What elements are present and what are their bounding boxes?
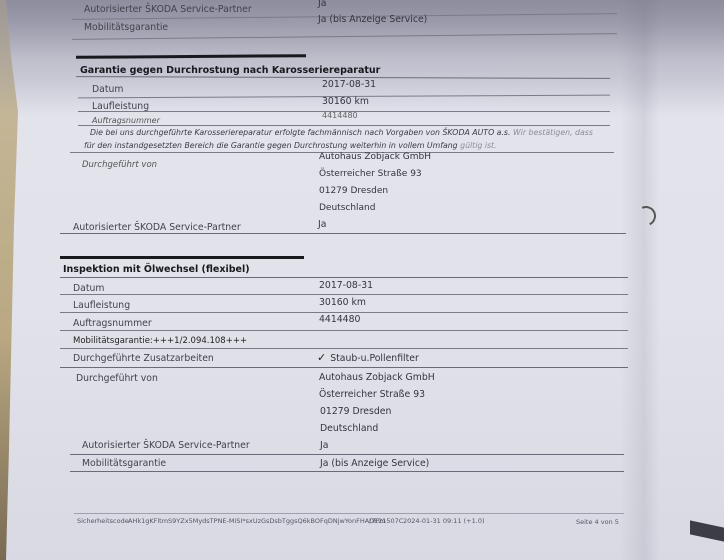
order-number-label: Auftragsnummer (73, 318, 152, 329)
divider (70, 454, 624, 455)
dealer-country: Deutschland (320, 423, 378, 434)
mobility-value: Ja (bis Anzeige Service) (320, 458, 429, 469)
mobility-label: Mobilitätsgarantie (82, 458, 166, 469)
note-text: für den instandgesetzten Bereich die Gar… (84, 141, 458, 150)
note-text-faded: gültig ist. (458, 141, 497, 150)
extra-work-label: Durchgeführte Zusatzarbeiten (73, 353, 214, 364)
page-number: Seite 4 von 5 (576, 518, 619, 526)
divider (60, 367, 628, 368)
mileage-label: Laufleistung (73, 300, 130, 311)
print-timestamp: 2024-01-31 09:11 (+1.0) (403, 517, 485, 525)
mobility-value: Ja (bis Anzeige Service) (318, 14, 427, 25)
section-title-bar (76, 54, 306, 59)
divider (60, 312, 628, 313)
dealer-city: 01279 Dresden (320, 406, 391, 417)
checkmark-icon: ✓ (317, 351, 326, 364)
divider (60, 294, 628, 295)
divider (60, 277, 628, 278)
extra-work-value: ✓Staub-u.Pollenfilter (317, 351, 419, 364)
security-code: AHk1gKFltmS9YZx5MydsTPNE-MiSI*sxUzGsDsbT… (128, 517, 386, 525)
partner-value: Ja (320, 440, 328, 451)
mileage-value: 30160 km (322, 96, 369, 107)
partner-value: Ja (318, 0, 326, 9)
divider (60, 348, 628, 349)
partner-label: Autorisierter ŠKODA Service-Partner (82, 440, 250, 451)
date-label: Datum (73, 283, 104, 294)
divider (60, 330, 628, 331)
warranty-note-line2: für den instandgesetzten Bereich die Gar… (84, 141, 497, 150)
divider (60, 233, 626, 234)
note-text: Die bei uns durchgeführte Karosserierepa… (90, 128, 510, 137)
date-value: 2017-08-31 (322, 79, 376, 90)
performed-by-label: Durchgeführt von (82, 160, 157, 170)
section-heading: Inspektion mit Ölwechsel (flexibel) (63, 264, 250, 275)
mobility-code: Mobilitätsgarantie:+++1/2.094.108+++ (73, 336, 247, 346)
dealer-street: Österreicher Straße 93 (319, 169, 422, 179)
order-number-label: Auftragsnummer (92, 116, 160, 125)
dealer-city: 01279 Dresden (319, 186, 388, 196)
divider (70, 471, 624, 472)
section-title-bar (60, 256, 304, 259)
order-number-value: 4414480 (319, 314, 360, 325)
partner-label: Autorisierter ŠKODA Service-Partner (84, 4, 252, 15)
dealer-name: Autohaus Zobjack GmbH (319, 152, 431, 162)
mileage-value: 30160 km (319, 297, 366, 308)
service-record: Autorisierter ŠKODA Service-Partner Ja M… (0, 0, 724, 560)
dealer-name: Autohaus Zobjack GmbH (319, 372, 435, 383)
performed-by-label: Durchgeführt von (76, 373, 158, 384)
footer-divider (74, 513, 624, 514)
dealer-country: Deutschland (319, 203, 375, 213)
extra-work-text: Staub-u.Pollenfilter (330, 353, 419, 364)
divider (72, 33, 617, 40)
date-value: 2017-08-31 (319, 280, 373, 291)
date-label: Datum (92, 84, 123, 95)
divider (78, 125, 610, 126)
partner-value: Ja (318, 219, 326, 230)
section-heading: Garantie gegen Durchrostung nach Karosse… (80, 65, 380, 76)
dealer-street: Österreicher Straße 93 (319, 389, 425, 400)
warranty-note-line1: Die bei uns durchgeführte Karosserierepa… (90, 128, 593, 137)
dealer-code: DE21507C (369, 517, 403, 525)
security-code-label: Sicherheitscode (77, 517, 129, 525)
order-number-value: 4414480 (322, 111, 358, 120)
note-text-faded: Wir bestätigen, dass (510, 128, 592, 137)
partner-label: Autorisierter ŠKODA Service-Partner (73, 222, 241, 233)
mobility-label: Mobilitätsgarantie (84, 22, 168, 33)
